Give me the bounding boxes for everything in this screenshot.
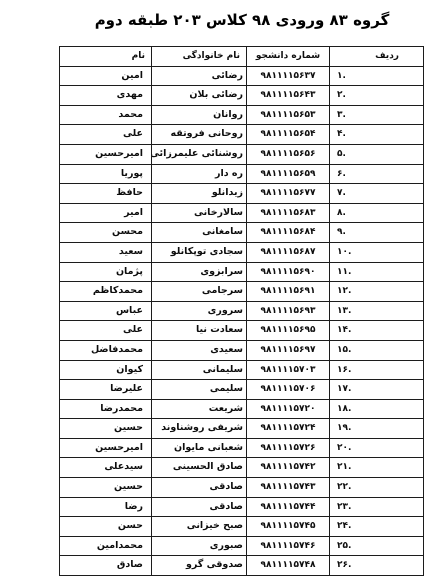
last-name-cell: صبوری [152,536,247,556]
first-name-cell: پوریا [60,164,152,184]
student-row: ۱۶.۹۸۱۱۱۱۵۷۰۳سلیمانیکیوان [60,360,424,380]
first-name-cell: حسین [60,419,152,439]
first-name-cell: کیوان [60,360,152,380]
last-name-cell: سالارخانی [152,203,247,223]
student-row: ۲.۹۸۱۱۱۱۵۶۴۳رضائی بلانمهدی [60,86,424,106]
header-row: ردیف شماره دانشجو نام خانوادگی نام [60,47,424,67]
student-number-cell: ۹۸۱۱۱۱۵۷۰۶ [247,380,330,400]
last-name-cell: سعیدی [152,340,247,360]
row-rank-cell: ۱۰. [330,242,424,262]
student-row: ۱۱.۹۸۱۱۱۱۵۶۹۰سرابزویپژمان [60,262,424,282]
row-rank-cell: ۱۴. [330,321,424,341]
first-name-cell: محسن [60,223,152,243]
student-row: ۱۴.۹۸۱۱۱۱۵۶۹۵سعادت نیاعلی [60,321,424,341]
last-name-cell: صادقی [152,478,247,498]
last-name-cell: شعبانی مایوان [152,438,247,458]
row-rank-cell: ۵. [330,144,424,164]
first-name-cell: محمدفاضل [60,340,152,360]
row-rank-cell: ۲۱. [330,458,424,478]
row-rank-cell: ۸. [330,203,424,223]
student-row: ۲۳.۹۸۱۱۱۱۵۷۴۴صادقیرضا [60,497,424,517]
row-rank-cell: ۳. [330,105,424,125]
student-number-cell: ۹۸۱۱۱۱۵۶۴۳ [247,86,330,106]
student-row: ۴.۹۸۱۱۱۱۵۶۵۴روحانی فروتقهعلی [60,125,424,145]
student-row: ۹.۹۸۱۱۱۱۵۶۸۴سامغانیمحسن [60,223,424,243]
first-name-cell: محمدرضا [60,399,152,419]
student-row: ۱۷.۹۸۱۱۱۱۵۷۰۶سلیمیعلیرضا [60,380,424,400]
student-number-cell: ۹۸۱۱۱۱۵۷۲۴ [247,419,330,439]
student-row: ۱.۹۸۱۱۱۱۵۶۳۷رضائیامین [60,66,424,86]
row-rank-cell: ۲۳. [330,497,424,517]
student-row: ۶.۹۸۱۱۱۱۵۶۵۹ره دارپوریا [60,164,424,184]
last-name-cell: روانان [152,105,247,125]
last-name-cell: سجادی توپکانلو [152,242,247,262]
student-number-cell: ۹۸۱۱۱۱۵۶۹۰ [247,262,330,282]
last-name-cell: زیدانلو [152,184,247,204]
student-row: ۱۵.۹۸۱۱۱۱۵۶۹۷سعیدیمحمدفاضل [60,340,424,360]
row-rank-cell: ۱۷. [330,380,424,400]
student-number-cell: ۹۸۱۱۱۱۵۶۵۳ [247,105,330,125]
last-name-cell: سرجامی [152,282,247,302]
student-row: ۱۸.۹۸۱۱۱۱۵۷۲۰شریعتمحمدرضا [60,399,424,419]
student-number-cell: ۹۸۱۱۱۱۵۶۹۳ [247,301,330,321]
student-row: ۸.۹۸۱۱۱۱۵۶۸۳سالارخانیامیر [60,203,424,223]
last-name-cell: ره دار [152,164,247,184]
row-rank-cell: ۷. [330,184,424,204]
last-name-cell: صدوقی گرو [152,556,247,576]
last-name-cell: شریفی روشناوند [152,419,247,439]
last-name-cell: صادقی [152,497,247,517]
first-name-cell: محمد [60,105,152,125]
student-row: ۲۲.۹۸۱۱۱۱۵۷۴۳صادقیحسین [60,478,424,498]
first-name-cell: رضا [60,497,152,517]
student-row: ۱۲.۹۸۱۱۱۱۵۶۹۱سرجامیمحمدکاظم [60,282,424,302]
row-rank-cell: ۱۶. [330,360,424,380]
student-number-cell: ۹۸۱۱۱۱۵۶۳۷ [247,66,330,86]
scanned-roster-page: گروه ۸۳ ورودی ۹۸ کلاس ۲۰۳ طبقه دوم ردیف … [0,0,426,584]
student-row: ۲۵.۹۸۱۱۱۱۵۷۴۶صبوریمحمدامین [60,536,424,556]
student-number-cell: ۹۸۱۱۱۱۵۶۹۷ [247,340,330,360]
student-number-cell: ۹۸۱۱۱۱۵۶۷۷ [247,184,330,204]
last-name-cell: سامغانی [152,223,247,243]
student-row: ۲۰.۹۸۱۱۱۱۵۷۲۶شعبانی مایوانامیرحسین [60,438,424,458]
student-number-cell: ۹۸۱۱۱۱۵۶۸۷ [247,242,330,262]
first-name-cell: امیر [60,203,152,223]
row-rank-cell: ۱۵. [330,340,424,360]
first-name-cell: حسین [60,478,152,498]
student-number-cell: ۹۸۱۱۱۱۵۷۴۲ [247,458,330,478]
first-name-cell: امیرحسین [60,144,152,164]
student-number-cell: ۹۸۱۱۱۱۵۶۵۶ [247,144,330,164]
student-number-cell: ۹۸۱۱۱۱۵۶۸۴ [247,223,330,243]
last-name-cell: روحانی فروتقه [152,125,247,145]
student-number-cell: ۹۸۱۱۱۱۵۷۲۰ [247,399,330,419]
row-rank-cell: ۲۰. [330,438,424,458]
row-rank-cell: ۲۶. [330,556,424,576]
row-rank-cell: ۹. [330,223,424,243]
first-name-cell: حسن [60,517,152,537]
row-rank-cell: ۱۹. [330,419,424,439]
first-name-cell: پژمان [60,262,152,282]
first-name-cell: صادق [60,556,152,576]
last-name-cell: سروری [152,301,247,321]
student-row: ۵.۹۸۱۱۱۱۵۶۵۶روشنائی علیمرزائیامیرحسین [60,144,424,164]
student-row: ۲۴.۹۸۱۱۱۱۵۷۴۵صبح خیزانیحسن [60,517,424,537]
student-row: ۱۰.۹۸۱۱۱۱۵۶۸۷سجادی توپکانلوسعید [60,242,424,262]
col-header-student-number: شماره دانشجو [247,47,330,67]
last-name-cell: سعادت نیا [152,321,247,341]
student-number-cell: ۹۸۱۱۱۱۵۶۹۵ [247,321,330,341]
first-name-cell: امیرحسین [60,438,152,458]
student-number-cell: ۹۸۱۱۱۱۵۷۴۶ [247,536,330,556]
student-row: ۲۱.۹۸۱۱۱۱۵۷۴۲صادق الحسینیسیدعلی [60,458,424,478]
last-name-cell: صبح خیزانی [152,517,247,537]
student-number-cell: ۹۸۱۱۱۱۵۷۴۴ [247,497,330,517]
page-title: گروه ۸۳ ورودی ۹۸ کلاس ۲۰۳ طبقه دوم [60,11,424,29]
row-rank-cell: ۱. [330,66,424,86]
last-name-cell: رضائی [152,66,247,86]
last-name-cell: سرابزوی [152,262,247,282]
student-number-cell: ۹۸۱۱۱۱۵۷۲۶ [247,438,330,458]
row-rank-cell: ۱۱. [330,262,424,282]
row-rank-cell: ۲۵. [330,536,424,556]
row-rank-cell: ۴. [330,125,424,145]
student-number-cell: ۹۸۱۱۱۱۵۷۴۸ [247,556,330,576]
student-row: ۷.۹۸۱۱۱۱۵۶۷۷زیدانلوحافظ [60,184,424,204]
student-number-cell: ۹۸۱۱۱۱۵۶۹۱ [247,282,330,302]
student-number-cell: ۹۸۱۱۱۱۵۶۵۴ [247,125,330,145]
student-number-cell: ۹۸۱۱۱۱۵۷۴۵ [247,517,330,537]
first-name-cell: امین [60,66,152,86]
row-rank-cell: ۲. [330,86,424,106]
row-rank-cell: ۱۲. [330,282,424,302]
last-name-cell: رضائی بلان [152,86,247,106]
row-rank-cell: ۲۴. [330,517,424,537]
col-header-last-name: نام خانوادگی [152,47,247,67]
col-header-rank: ردیف [330,47,424,67]
first-name-cell: سعید [60,242,152,262]
row-rank-cell: ۲۲. [330,478,424,498]
last-name-cell: روشنائی علیمرزائی [152,144,247,164]
student-row: ۱۹.۹۸۱۱۱۱۵۷۲۴شریفی روشناوندحسین [60,419,424,439]
student-number-cell: ۹۸۱۱۱۱۵۷۰۳ [247,360,330,380]
student-row: ۱۳.۹۸۱۱۱۱۵۶۹۳سروریعباس [60,301,424,321]
row-rank-cell: ۱۸. [330,399,424,419]
first-name-cell: علیرضا [60,380,152,400]
last-name-cell: سلیمی [152,380,247,400]
first-name-cell: علی [60,321,152,341]
first-name-cell: محمدامین [60,536,152,556]
student-number-cell: ۹۸۱۱۱۱۵۷۴۳ [247,478,330,498]
student-roster-table: ردیف شماره دانشجو نام خانوادگی نام ۱.۹۸۱… [59,46,424,576]
first-name-cell: علی [60,125,152,145]
last-name-cell: سلیمانی [152,360,247,380]
student-number-cell: ۹۸۱۱۱۱۵۶۵۹ [247,164,330,184]
student-number-cell: ۹۸۱۱۱۱۵۶۸۳ [247,203,330,223]
first-name-cell: مهدی [60,86,152,106]
student-row: ۳.۹۸۱۱۱۱۵۶۵۳روانانمحمد [60,105,424,125]
col-header-first-name: نام [60,47,152,67]
first-name-cell: حافظ [60,184,152,204]
first-name-cell: عباس [60,301,152,321]
row-rank-cell: ۱۳. [330,301,424,321]
last-name-cell: شریعت [152,399,247,419]
row-rank-cell: ۶. [330,164,424,184]
first-name-cell: سیدعلی [60,458,152,478]
last-name-cell: صادق الحسینی [152,458,247,478]
first-name-cell: محمدکاظم [60,282,152,302]
student-row: ۲۶.۹۸۱۱۱۱۵۷۴۸صدوقی گروصادق [60,556,424,576]
